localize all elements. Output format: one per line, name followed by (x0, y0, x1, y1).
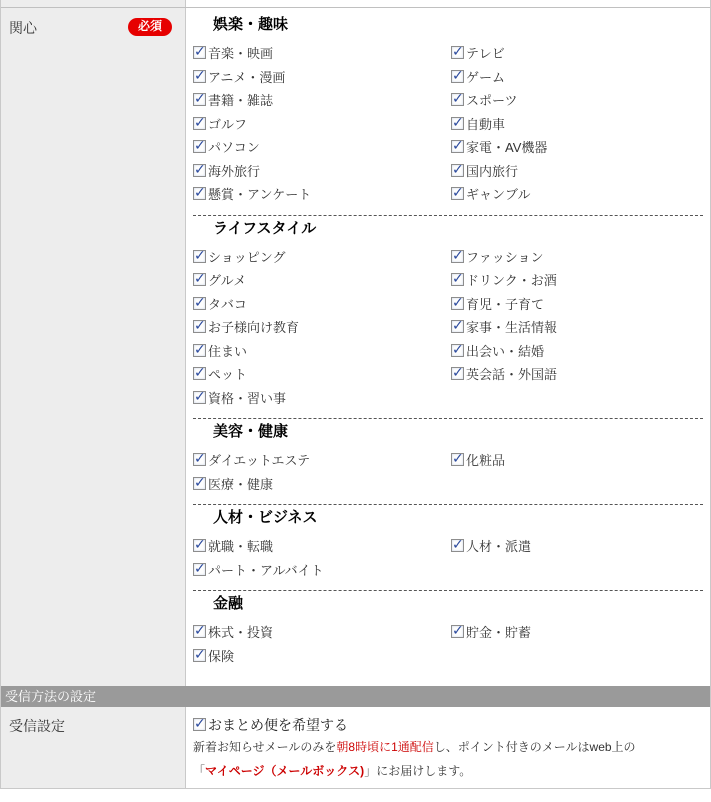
interest-sections: 娯楽・趣味音楽・映画テレビアニメ・漫画ゲーム書籍・雑誌スポーツゴルフ自動車パソコ… (186, 8, 710, 686)
interest-checkbox[interactable] (193, 649, 206, 662)
section-divider (193, 590, 703, 591)
checkbox-label: ファッション (466, 247, 543, 266)
checkbox-cell: 英会話・外国語 (451, 364, 703, 383)
checkbox-cell: 自動車 (451, 114, 703, 133)
checkbox-label: 化粧品 (466, 450, 505, 469)
interest-checkbox[interactable] (451, 344, 464, 357)
checkbox-row: 就職・転職人材・派遣 (193, 534, 703, 558)
checkbox-cell: スポーツ (451, 90, 703, 109)
interest-checkbox[interactable] (451, 273, 464, 286)
note-segment: 新着お知らせメールのみを (193, 740, 336, 754)
checkbox-row: 医療・健康 (193, 472, 703, 496)
interest-checkbox[interactable] (451, 140, 464, 153)
checkbox-cell: 住まい (193, 341, 451, 360)
checkbox-label: ダイエットエステ (208, 450, 310, 469)
bundle-mail-label: おまとめ便を希望する (208, 715, 348, 735)
interest-checkbox[interactable] (193, 187, 206, 200)
checkbox-label: 人材・派遣 (466, 536, 531, 555)
checkbox-label: スポーツ (466, 90, 517, 109)
interest-checkbox[interactable] (193, 250, 206, 263)
interest-checkbox[interactable] (451, 539, 464, 552)
checkbox-label: 就職・転職 (208, 536, 273, 555)
interest-checkbox[interactable] (451, 70, 464, 83)
checkbox-row: 書籍・雑誌スポーツ (193, 88, 703, 112)
interest-checkbox[interactable] (451, 117, 464, 130)
checkbox-row: タバコ育児・子育て (193, 292, 703, 316)
section-divider (193, 504, 703, 505)
required-badge: 必須 (128, 18, 172, 36)
checkbox-cell: 貯金・貯蓄 (451, 622, 703, 641)
interest-checkbox[interactable] (193, 453, 206, 466)
checkbox-row: アニメ・漫画ゲーム (193, 65, 703, 89)
checkbox-cell: 就職・転職 (193, 536, 451, 555)
interest-checkbox[interactable] (193, 297, 206, 310)
note-segment: 「 (193, 764, 205, 778)
interest-checkbox[interactable] (451, 250, 464, 263)
checkbox-cell: タバコ (193, 294, 451, 313)
section-divider (193, 418, 703, 419)
checkbox-label: ゴルフ (208, 114, 247, 133)
checkbox-cell: アニメ・漫画 (193, 67, 451, 86)
interest-checkbox[interactable] (451, 187, 464, 200)
checkbox-label: アニメ・漫画 (208, 67, 285, 86)
reception-note-line1: 新着お知らせメールのみを朝8時頃に1通配信し、ポイント付きのメールはweb上の (193, 735, 703, 759)
interest-checkbox[interactable] (193, 273, 206, 286)
checkbox-cell: パート・アルバイト (193, 560, 451, 579)
checkbox-label: 保険 (208, 646, 234, 665)
checkbox-label: 国内旅行 (466, 161, 518, 180)
preferences-form: 関心 必須 娯楽・趣味音楽・映画テレビアニメ・漫画ゲーム書籍・雑誌スポーツゴルフ… (0, 0, 711, 789)
checkbox-label: グルメ (208, 270, 246, 289)
interest-label: 関心 (9, 18, 37, 38)
checkbox-cell: ペット (193, 364, 451, 383)
note-segment: マイページ（メールボックス) (205, 764, 364, 778)
checkbox-cell: 家電・AV機器 (451, 137, 703, 156)
checkbox-row: パート・アルバイト (193, 558, 703, 582)
interest-checkbox[interactable] (193, 563, 206, 576)
section-title: 娯楽・趣味 (213, 16, 703, 34)
checkbox-cell: 出会い・結婚 (451, 341, 703, 360)
bundle-mail-option: おまとめ便を希望する (193, 714, 703, 735)
checkbox-cell: 書籍・雑誌 (193, 90, 451, 109)
checkbox-row: ペット英会話・外国語 (193, 362, 703, 386)
checkbox-row: ゴルフ自動車 (193, 112, 703, 136)
checkbox-cell: ダイエットエステ (193, 450, 451, 469)
checkbox-label: 書籍・雑誌 (208, 90, 273, 109)
checkbox-cell: お子様向け教育 (193, 317, 451, 336)
checkbox-label: ゲーム (466, 67, 505, 86)
reception-value-cell: おまとめ便を希望する 新着お知らせメールのみを朝8時頃に1通配信し、ポイント付き… (186, 707, 710, 788)
bundle-mail-checkbox[interactable] (193, 718, 206, 731)
checkbox-cell: 医療・健康 (193, 474, 451, 493)
checkbox-label: 出会い・結婚 (466, 341, 544, 360)
checkbox-label: ショッピング (208, 247, 285, 266)
checkbox-cell: 懸賞・アンケート (193, 184, 451, 203)
reception-settings-header: 受信方法の設定 (1, 686, 710, 707)
section-title: ライフスタイル (213, 220, 703, 238)
interest-checkbox[interactable] (193, 93, 206, 106)
checkbox-label: 資格・習い事 (208, 388, 286, 407)
previous-row-value-cell (186, 0, 710, 7)
checkbox-label: テレビ (466, 43, 505, 62)
checkbox-label: パソコン (208, 137, 260, 156)
checkbox-cell: 化粧品 (451, 450, 703, 469)
checkbox-label: パート・アルバイト (208, 560, 324, 579)
previous-row-remnant (1, 0, 710, 8)
checkbox-label: タバコ (208, 294, 247, 313)
checkbox-label: 海外旅行 (208, 161, 260, 180)
checkbox-cell: テレビ (451, 43, 703, 62)
checkbox-label: 懸賞・アンケート (208, 184, 311, 203)
interest-checkbox[interactable] (451, 320, 464, 333)
interest-checkbox[interactable] (193, 391, 206, 404)
section-title: 美容・健康 (213, 423, 703, 441)
interest-checkbox[interactable] (451, 93, 464, 106)
checkbox-label: 住まい (208, 341, 247, 360)
interest-checkbox[interactable] (193, 625, 206, 638)
checkbox-row: 資格・習い事 (193, 386, 703, 410)
interest-checkbox[interactable] (193, 539, 206, 552)
interest-checkbox[interactable] (193, 164, 206, 177)
checkbox-cell: ギャンブル (451, 184, 703, 203)
checkbox-cell: 株式・投資 (193, 622, 451, 641)
interest-checkbox[interactable] (451, 453, 464, 466)
checkbox-cell: 家事・生活情報 (451, 317, 703, 336)
checkbox-cell: ドリンク・お酒 (451, 270, 703, 289)
checkbox-label: 音楽・映画 (208, 43, 273, 62)
section-title: 金融 (213, 595, 703, 613)
checkbox-cell: 資格・習い事 (193, 388, 451, 407)
checkbox-row: ショッピングファッション (193, 245, 703, 269)
checkbox-label: 英会話・外国語 (466, 364, 557, 383)
checkbox-row: ダイエットエステ化粧品 (193, 448, 703, 472)
previous-row-label-cell (1, 0, 186, 7)
section-divider (193, 215, 703, 216)
interest-row: 関心 必須 娯楽・趣味音楽・映画テレビアニメ・漫画ゲーム書籍・雑誌スポーツゴルフ… (1, 8, 710, 686)
interest-checkbox[interactable] (451, 297, 464, 310)
checkbox-cell: ゴルフ (193, 114, 451, 133)
checkbox-row: パソコン家電・AV機器 (193, 135, 703, 159)
checkbox-cell: 海外旅行 (193, 161, 451, 180)
checkbox-label: 家電・AV機器 (466, 137, 547, 156)
checkbox-cell: 音楽・映画 (193, 43, 451, 62)
checkbox-cell: ゲーム (451, 67, 703, 86)
interest-checkbox[interactable] (193, 344, 206, 357)
checkbox-label: 自動車 (466, 114, 505, 133)
interest-checkbox[interactable] (451, 46, 464, 59)
checkbox-cell: グルメ (193, 270, 451, 289)
interest-checkbox[interactable] (451, 164, 464, 177)
checkbox-label: 貯金・貯蓄 (466, 622, 531, 641)
section-title: 人材・ビジネス (213, 509, 703, 527)
interest-checkbox[interactable] (193, 477, 206, 490)
checkbox-label: お子様向け教育 (208, 317, 299, 336)
checkbox-label: ペット (208, 364, 247, 383)
checkbox-row: グルメドリンク・お酒 (193, 268, 703, 292)
reception-row: 受信設定 おまとめ便を希望する 新着お知らせメールのみを朝8時頃に1通配信し、ポ… (1, 707, 710, 789)
checkbox-cell: ファッション (451, 247, 703, 266)
checkbox-row: 海外旅行国内旅行 (193, 159, 703, 183)
checkbox-cell: パソコン (193, 137, 451, 156)
checkbox-label: 株式・投資 (208, 622, 273, 641)
checkbox-cell: 国内旅行 (451, 161, 703, 180)
interest-checkbox[interactable] (193, 46, 206, 59)
checkbox-cell: 人材・派遣 (451, 536, 703, 555)
checkbox-label: 医療・健康 (208, 474, 273, 493)
checkbox-cell: 保険 (193, 646, 451, 665)
checkbox-cell: 育児・子育て (451, 294, 703, 313)
checkbox-label: ギャンブル (466, 184, 530, 203)
interest-checkbox[interactable] (193, 140, 206, 153)
checkbox-label: ドリンク・お酒 (466, 270, 557, 289)
interest-checkbox[interactable] (193, 70, 206, 83)
note-segment: 」にお届けします。 (364, 764, 471, 778)
checkbox-label: 育児・子育て (466, 294, 544, 313)
checkbox-row: 住まい出会い・結婚 (193, 339, 703, 363)
checkbox-row: お子様向け教育家事・生活情報 (193, 315, 703, 339)
note-segment: 朝8時頃に1通配信 (336, 740, 433, 754)
reception-note-line2: 「マイページ（メールボックス)」にお届けします。 (193, 759, 703, 783)
interest-checkbox[interactable] (193, 117, 206, 130)
interest-checkbox[interactable] (193, 320, 206, 333)
checkbox-cell: ショッピング (193, 247, 451, 266)
checkbox-label: 家事・生活情報 (466, 317, 557, 336)
checkbox-row: 音楽・映画テレビ (193, 41, 703, 65)
reception-label-cell: 受信設定 (1, 707, 186, 788)
note-segment: し、ポイント付きのメールはweb上の (434, 740, 636, 754)
interest-checkbox[interactable] (451, 625, 464, 638)
checkbox-row: 保険 (193, 644, 703, 668)
interest-checkbox[interactable] (451, 367, 464, 380)
interest-label-cell: 関心 必須 (1, 8, 186, 686)
checkbox-row: 懸賞・アンケートギャンブル (193, 182, 703, 206)
checkbox-row: 株式・投資貯金・貯蓄 (193, 620, 703, 644)
reception-label: 受信設定 (9, 718, 65, 734)
interest-checkbox[interactable] (193, 367, 206, 380)
